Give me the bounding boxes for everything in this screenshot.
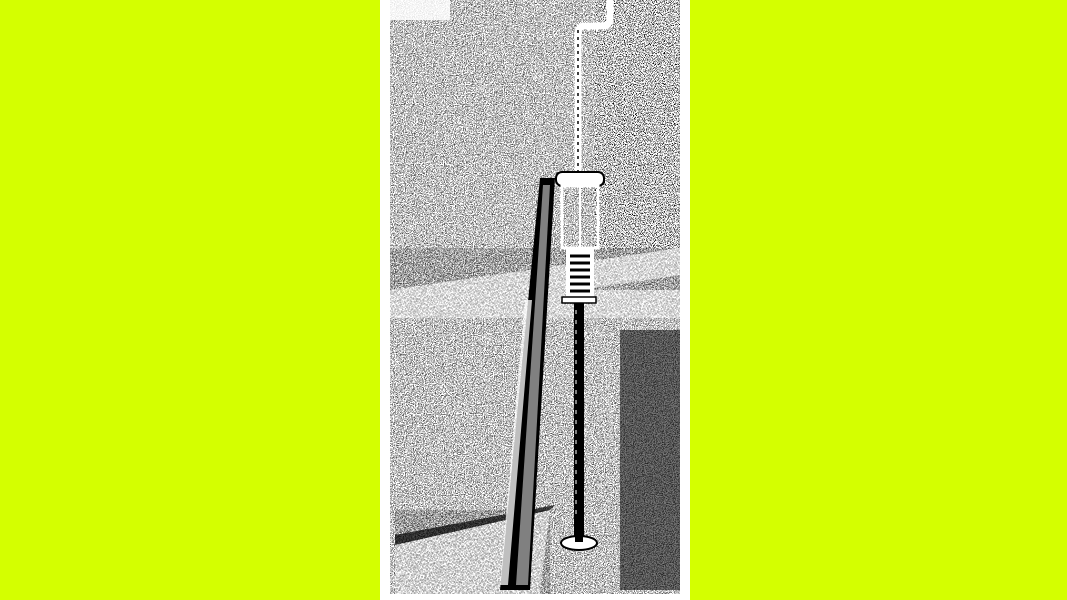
photo-drawing [390,0,680,594]
clamp-bracket [556,172,604,186]
coil-spring [562,248,596,303]
halftone-photo [390,0,680,594]
